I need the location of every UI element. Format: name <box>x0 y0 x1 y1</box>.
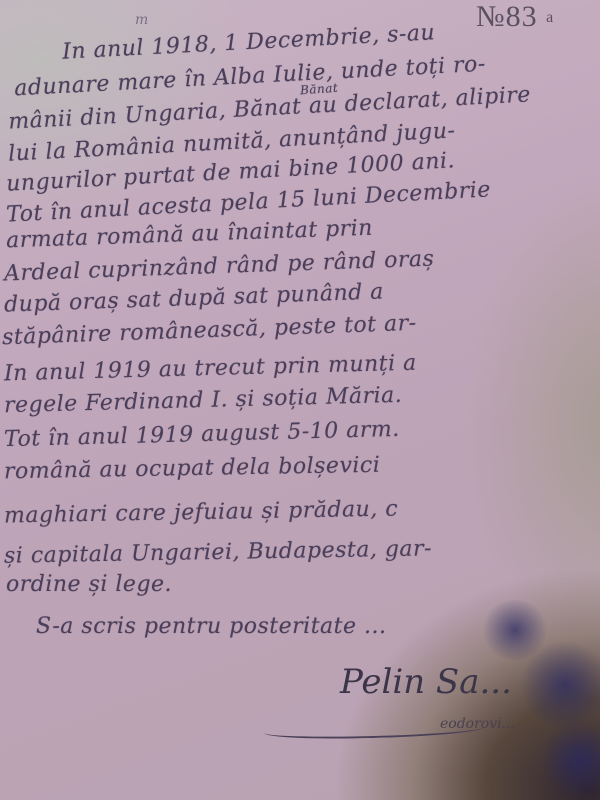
signature: Pelin Sa... <box>340 662 512 702</box>
ink-blot <box>540 720 600 800</box>
text-line: maghiari care jefuiau și prădau, c <box>4 497 398 529</box>
signature-underline <box>264 719 484 741</box>
text-line: regele Ferdinand I. și soția Măria. <box>4 383 403 418</box>
text-line: și capitala Ungariei, Budapesta, gar- <box>4 536 432 568</box>
text-line: Tot în anul 1919 august 5-10 arm. <box>4 417 400 452</box>
page-number-stamp: №83 a <box>476 0 554 34</box>
page-number: №83 <box>476 0 538 33</box>
text-line: S-a scris pentru posteritate ... <box>36 614 386 639</box>
text-line: ordine și lege. <box>6 572 172 597</box>
margin-mark: m <box>135 12 148 28</box>
text-line: stăpânire românească, peste tot ar- <box>2 311 417 350</box>
ink-blot <box>520 640 600 730</box>
text-line: română au ocupat dela bolșevici <box>4 453 381 485</box>
text-line: In anul 1919 au trecut prin munți a <box>4 351 417 387</box>
text-line: după oraș sat după sat punând a <box>4 279 385 317</box>
page-number-suffix: a <box>546 9 554 26</box>
document-photo-background: m №83 a In anul 1918, 1 Decembrie, s-au … <box>0 0 600 800</box>
